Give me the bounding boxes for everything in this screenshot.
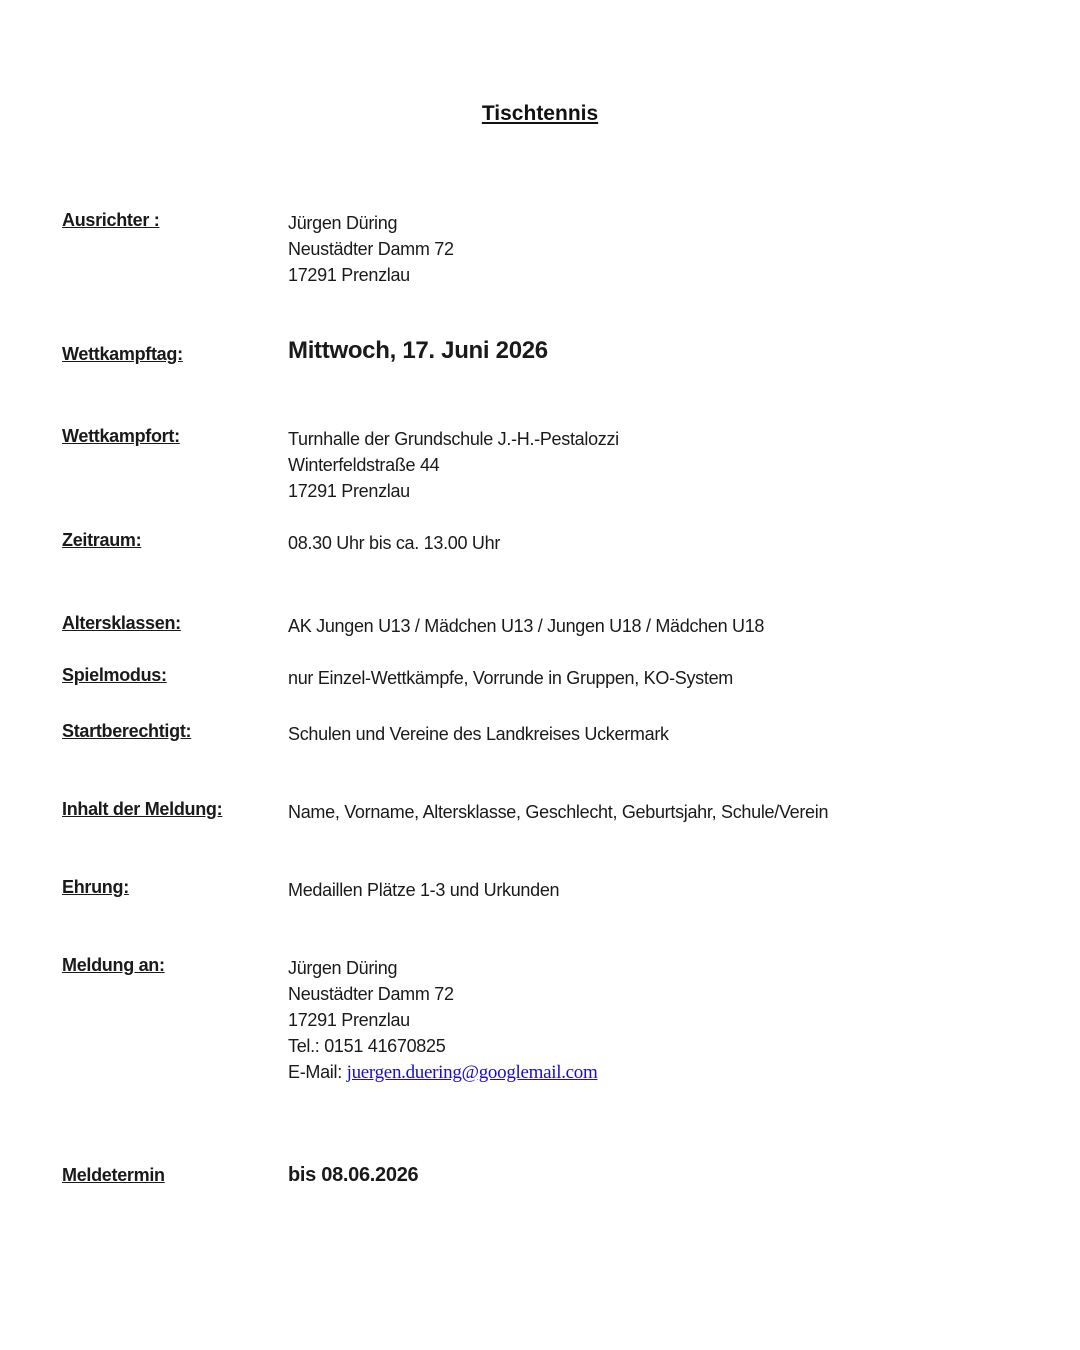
startberechtigt-label: Startberechtigt: [62,721,191,742]
meldung-an-label: Meldung an: [62,955,165,976]
email-link[interactable]: juergen.duering@googlemail.com [347,1062,598,1083]
meldung-an-name: Jürgen Düring [288,955,597,981]
spielmodus-label: Spielmodus: [62,665,167,686]
ausrichter-city: 17291 Prenzlau [288,262,454,288]
wettkampfort-city: 17291 Prenzlau [288,478,619,504]
ausrichter-address: Jürgen Düring Neustädter Damm 72 17291 P… [288,210,454,288]
meldung-an-email-line: E-Mail: juergen.duering@googlemail.com [288,1059,597,1086]
inhalt-label: Inhalt der Meldung: [62,799,222,820]
meldetermin-value: bis 08.06.2026 [288,1162,418,1188]
inhalt-value: Name, Vorname, Altersklasse, Geschlecht,… [288,799,828,825]
wettkampfort-street: Winterfeldstraße 44 [288,452,619,478]
altersklassen-label: Altersklassen: [62,613,181,634]
meldung-an-street: Neustädter Damm 72 [288,981,597,1007]
zeitraum-value: 08.30 Uhr bis ca. 13.00 Uhr [288,530,500,556]
ausrichter-street: Neustädter Damm 72 [288,236,454,262]
wettkampfort-label: Wettkampfort: [62,426,180,447]
meldung-an-city: 17291 Prenzlau [288,1007,597,1033]
email-prefix: E-Mail: [288,1062,347,1082]
wettkampfort-address: Turnhalle der Grundschule J.-H.-Pestaloz… [288,426,619,504]
ausrichter-label: Ausrichter : [62,210,159,231]
spielmodus-value: nur Einzel-Wettkämpfe, Vorrunde in Grupp… [288,665,733,691]
wettkampfort-venue: Turnhalle der Grundschule J.-H.-Pestaloz… [288,426,619,452]
ehrung-label: Ehrung: [62,877,129,898]
document-title: Tischtennis [0,102,1080,126]
wettkampftag-value: Mittwoch, 17. Juni 2026 [288,338,548,364]
ausrichter-name: Jürgen Düring [288,210,454,236]
wettkampftag-label: Wettkampftag: [62,344,183,365]
meldung-an-phone: Tel.: 0151 41670825 [288,1033,597,1059]
startberechtigt-value: Schulen und Vereine des Landkreises Ucke… [288,721,669,747]
meldung-an-contact: Jürgen Düring Neustädter Damm 72 17291 P… [288,955,597,1086]
meldetermin-label: Meldetermin [62,1165,165,1186]
altersklassen-value: AK Jungen U13 / Mädchen U13 / Jungen U18… [288,613,764,639]
zeitraum-label: Zeitraum: [62,530,141,551]
ehrung-value: Medaillen Plätze 1-3 und Urkunden [288,877,559,903]
